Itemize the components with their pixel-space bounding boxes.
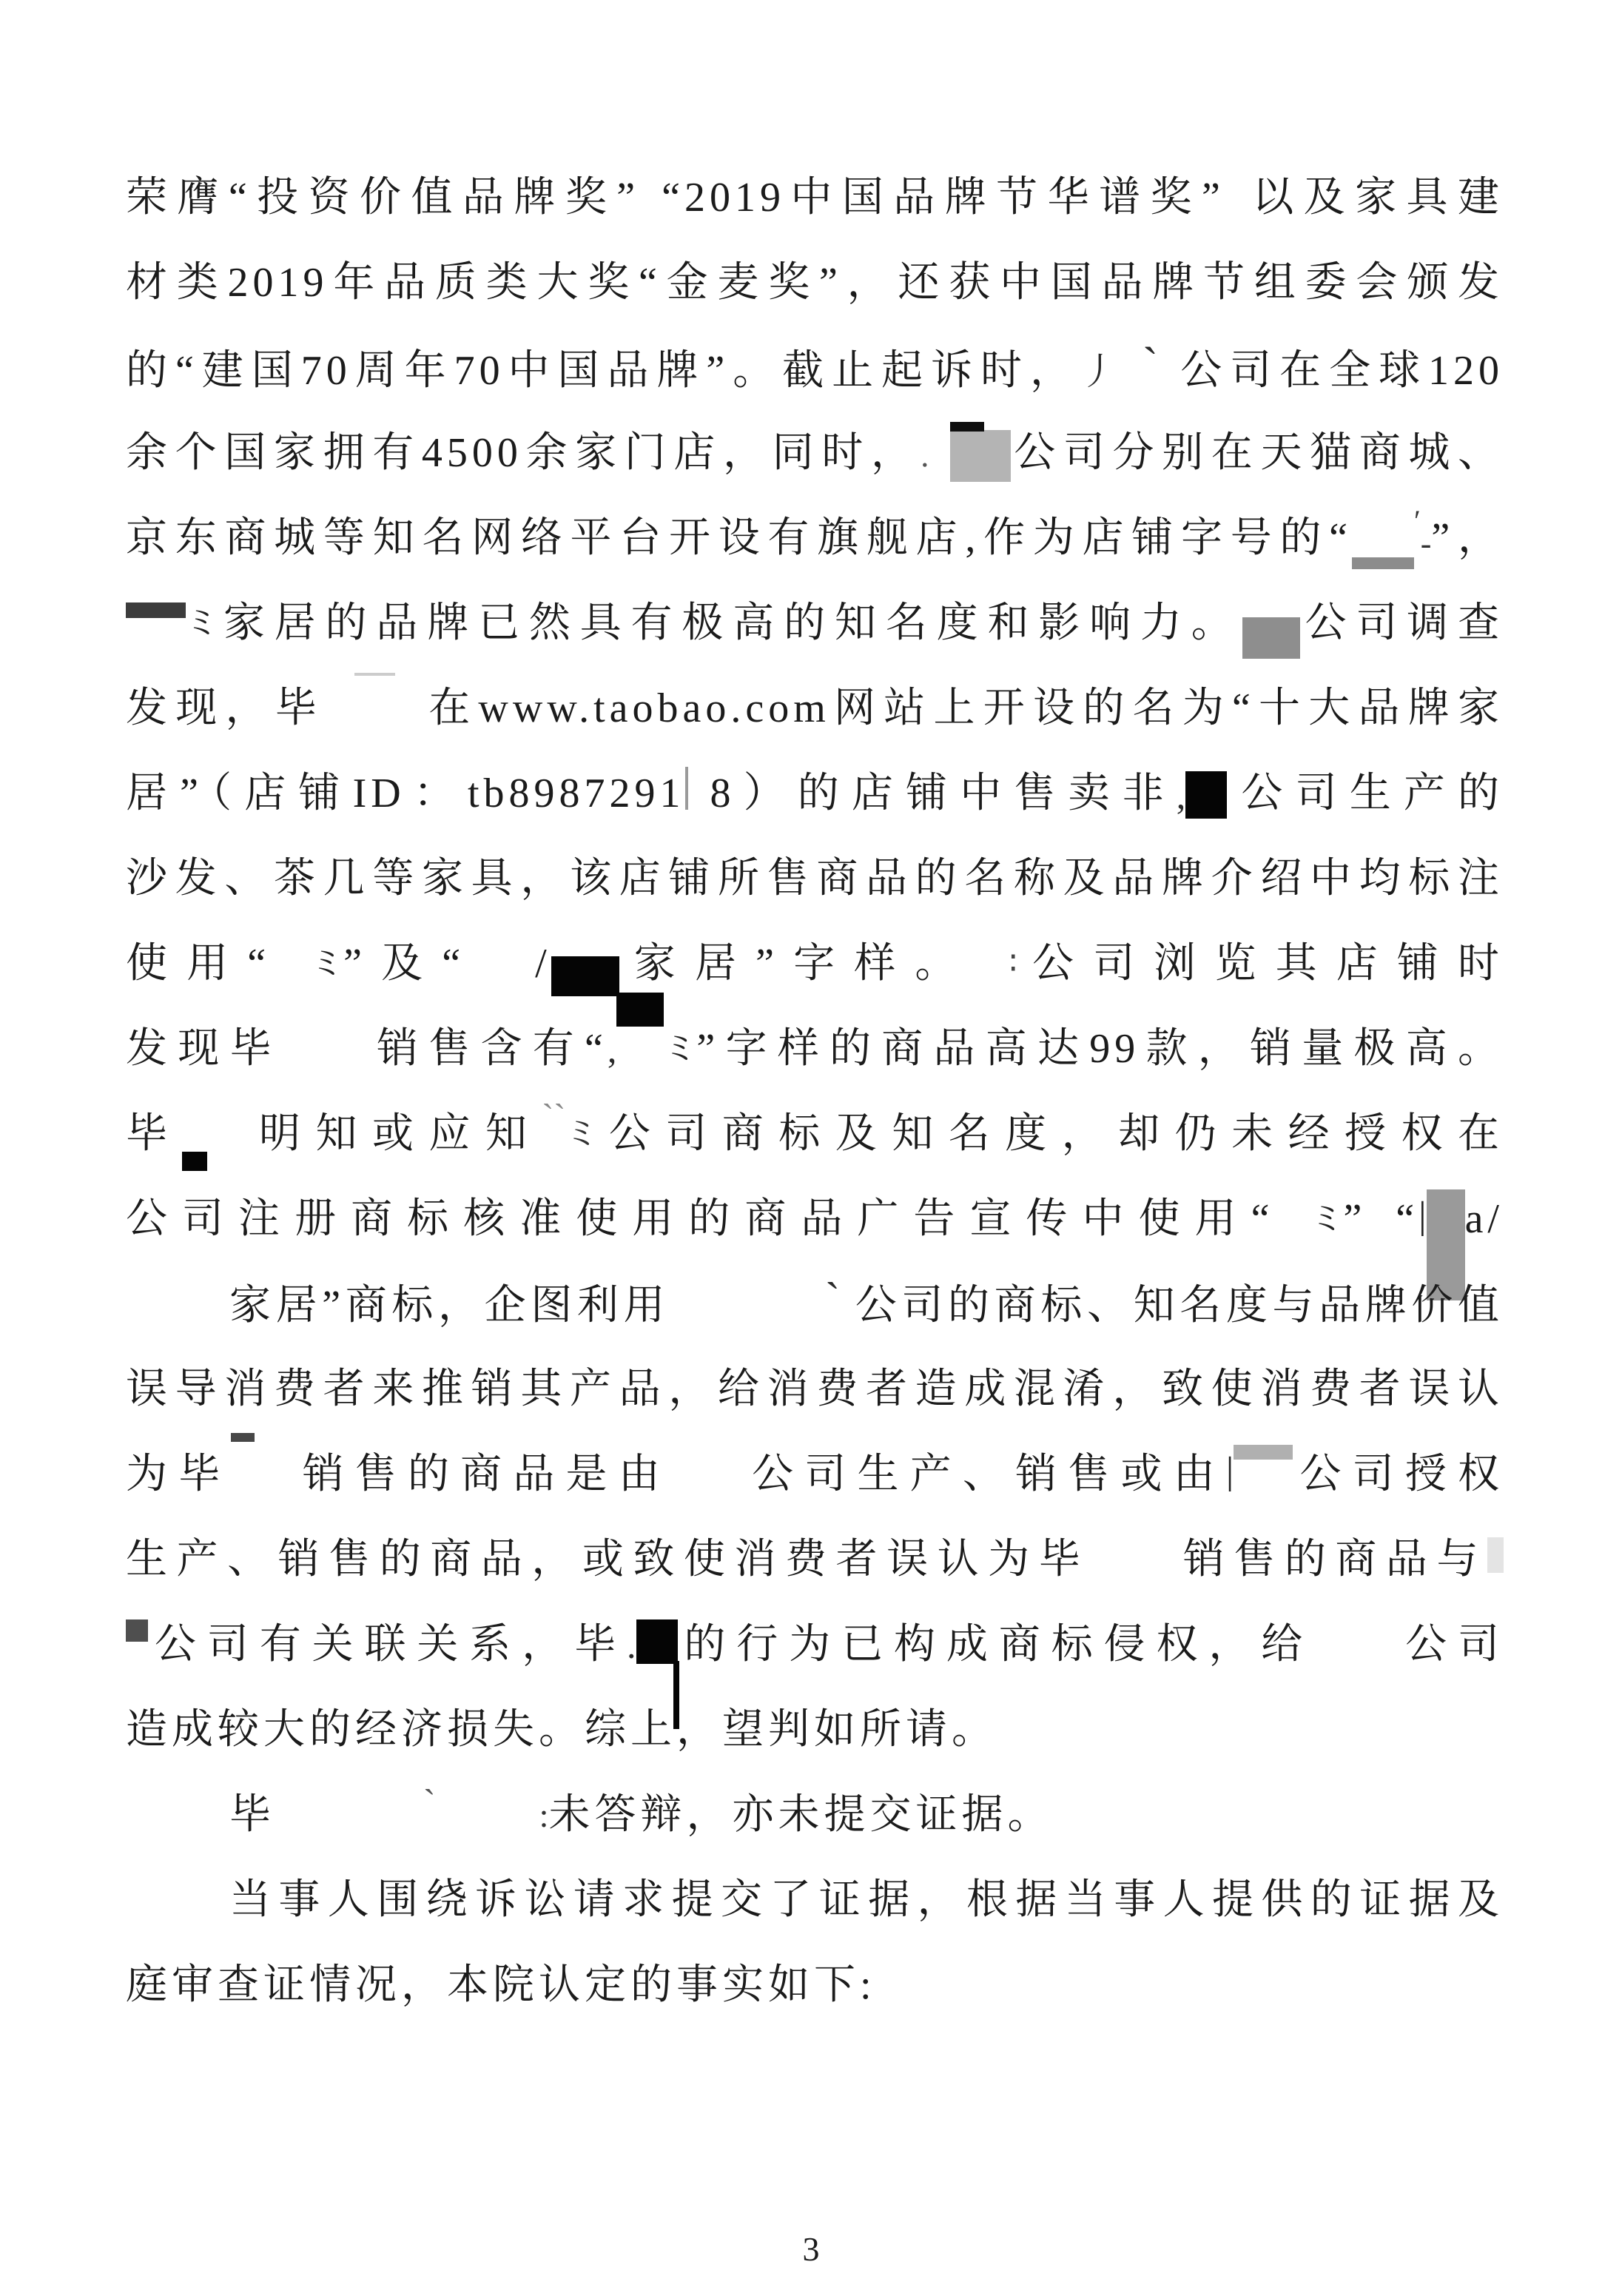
redaction-remnant: ミ: [565, 1091, 598, 1176]
redaction-gap: [275, 1827, 320, 1828]
redaction-remnant: `: [1143, 321, 1158, 406]
redaction-gap: [325, 720, 354, 722]
redaction-box: [126, 635, 186, 637]
text-run: ”字样的商品高达99款，销量极高。: [696, 1026, 1504, 1072]
text-run: 毕: [126, 1111, 182, 1157]
redaction-box: [551, 976, 619, 977]
text-line: 荣膺“投资价值品牌奖”“2019中国品牌节华谱奖”以及家具建: [126, 155, 1504, 241]
redaction-gap: [639, 209, 662, 211]
text-run: 的“建国70周年70中国品牌”。截止起诉时，: [126, 348, 1080, 394]
redaction-remnant: ．: [921, 414, 950, 499]
text-run: 发现，毕: [126, 685, 325, 731]
text-run: 公司生产、销售或由: [745, 1451, 1226, 1497]
text-line: 公司注册商标核准使用的商品广告宣传中使用“ミ”“|a/: [126, 1177, 1504, 1262]
text-line: 庭审查证情况，本院认定的事实如下:: [126, 1943, 1504, 2028]
redaction-gap: [671, 1486, 745, 1488]
text-run: 公司有关联关系，毕: [148, 1622, 627, 1668]
redaction-gap: [282, 1061, 371, 1062]
text-run: 余个国家拥有4500余家门店，同时，: [126, 430, 921, 476]
text-run: “2019中国品牌节华谱奖”: [662, 175, 1225, 221]
redaction-remnant: |: [1226, 1429, 1234, 1514]
text-line: 材类2019年品质类大奖“金麦奖”，还获中国品牌节组委会颁发: [126, 241, 1504, 326]
text-run: 荣膺“投资价值品牌奖”: [126, 175, 639, 221]
redaction-box: [1352, 550, 1414, 551]
redaction-box: [950, 465, 1011, 466]
text-line: 使用“ミ”及“/家居”字样。∶公司浏览其店铺时: [126, 922, 1504, 1007]
redaction-remnant: ``: [542, 1074, 565, 1159]
text-run: 毕: [229, 1792, 275, 1838]
text-line: 的“建国70周年70中国品牌”。截止起诉时，丿`公司在全球120: [126, 326, 1504, 411]
text-run: /: [535, 941, 551, 987]
redaction-box: [231, 1486, 255, 1488]
text-line: 生产、销售的商品，或致使消费者误认为毕销售的商品与: [126, 1517, 1504, 1602]
redaction-box: [1427, 1231, 1465, 1232]
redaction-box-part: [950, 422, 984, 432]
text-run: 居”（店铺ID：tb8987291: [126, 771, 685, 816]
redaction-remnant: |: [1419, 1173, 1426, 1258]
page-number: 3: [0, 2229, 1622, 2269]
text-run: 家居的品牌已然具有极高的知名度和影响力。: [218, 600, 1242, 646]
redaction-gap: [270, 976, 311, 977]
redaction-remnant: ∶: [1009, 921, 1017, 1006]
redaction-box: [616, 1061, 664, 1062]
text-run: 公司调查: [1300, 600, 1504, 646]
text-run: 生产、销售的商品，或致使消费者误认为毕: [126, 1537, 1089, 1582]
redaction-gap: [1273, 1231, 1310, 1232]
text-run: 公司生产的: [1233, 771, 1504, 816]
text-line: 发现，毕在www.taobao.com网站上开设的名为“十大品牌家: [126, 666, 1504, 751]
text-line: 发现毕销售含有“,ミ”字样的商品高达99款，销量极高。: [126, 1007, 1504, 1092]
redaction-remnant: -: [1421, 501, 1432, 586]
text-run: 公司商标及知名度，却仍未经授权在: [598, 1111, 1504, 1157]
text-line: 沙发、茶几等家具，该店铺所售商品的名称及品牌介绍中均标注: [126, 836, 1504, 922]
redaction-remnant: ミ: [311, 921, 343, 1006]
text-run: 使用“: [126, 941, 270, 987]
text-run: ”及“: [343, 941, 465, 987]
redaction-remnant: ミ: [186, 580, 218, 665]
text-line: 为毕销售的商品是由公司生产、销售或由|公司授权: [126, 1432, 1504, 1517]
text-run: 沙发、茶几等家具，该店铺所售商品的名称及品牌介绍中均标注: [126, 856, 1504, 902]
text-line: 公司有关联关系，毕.的行为已构成商标侵权，给公司: [126, 1602, 1504, 1688]
text-run: 销售含有“: [371, 1026, 608, 1072]
redaction-remnant: ミ: [664, 1006, 696, 1091]
redaction-gap: [840, 1317, 855, 1319]
redaction-gap: [395, 720, 425, 722]
redaction-gap: [1313, 1656, 1399, 1658]
text-line: 居”（店铺ID：tb89872918）的店铺中售卖非,公司生产的: [126, 751, 1504, 836]
text-run: 公司的商标、知名度与品牌价值: [855, 1283, 1504, 1329]
text-run: 公司分别在天猫商城、: [1011, 430, 1504, 476]
redaction-gap: [465, 976, 535, 977]
text-run: 未答辩，亦未提交证据。: [548, 1792, 1053, 1838]
redaction-gap: [688, 805, 710, 807]
text-run: 京东商城等知名网络平台开设有旗舰店,作为店铺字号的“: [126, 515, 1352, 561]
redaction-gap: [1089, 1571, 1178, 1573]
text-run: 在www.taobao.com网站上开设的名为“十大品牌家: [425, 685, 1504, 731]
text-line: 误导消费者来推销其产品，给消费者造成混淆，致使消费者误认: [126, 1347, 1504, 1432]
document-page: 荣膺“投资价值品牌奖”“2019中国品牌节华谱奖”以及家具建材类2019年品质类…: [0, 0, 1622, 2296]
text-run: 的行为已构成商标侵权，给: [678, 1622, 1314, 1668]
text-column: 荣膺“投资价值品牌奖”“2019中国品牌节华谱奖”以及家具建材类2019年品质类…: [126, 155, 1504, 2028]
redaction-box: [1487, 1571, 1504, 1573]
redaction-gap: [1366, 1231, 1396, 1232]
redaction-remnant: .: [627, 1603, 636, 1688]
redaction-remnant: :: [436, 1773, 549, 1858]
text-run: 当事人围绕诉讼请求提交了证据，根据当事人提供的证据及: [229, 1877, 1504, 1923]
text-run: ”，: [1431, 515, 1504, 561]
text-line: 余个国家拥有4500余家门店，同时，．公司分别在天猫商城、: [126, 411, 1504, 496]
text-run: 家居”商标，企图利用: [229, 1283, 670, 1329]
text-line: 毕`:未答辩，亦未提交证据。: [126, 1773, 1504, 1858]
redaction-gap: [975, 976, 1009, 977]
text-line: 当事人围绕诉讼请求提交了证据，根据当事人提供的证据及: [126, 1858, 1504, 1943]
text-run: 家居”字样。: [619, 941, 976, 987]
text-run: 为毕: [126, 1451, 231, 1497]
redaction-gap: [1225, 209, 1247, 211]
redaction-remnant: `: [320, 1760, 436, 1845]
redaction-gap: [255, 1486, 295, 1488]
text-run: “: [1396, 1196, 1419, 1242]
text-line: ミ家居的品牌已然具有极高的知名度和影响力。公司调查: [126, 581, 1504, 666]
redaction-remnant: ,: [1177, 753, 1186, 839]
redaction-box: [182, 1146, 207, 1147]
redaction-remnant: 丿: [1080, 329, 1117, 414]
text-line: 京东商城等知名网络平台开设有旗舰店,作为店铺字号的“′-”，: [126, 496, 1504, 581]
text-line: 毕明知或应知``ミ公司商标及知名度，却仍未经授权在: [126, 1092, 1504, 1177]
redaction-box: [1185, 805, 1227, 807]
redaction-gap: [670, 1317, 721, 1319]
text-run: ”: [1343, 1196, 1366, 1242]
text-run: 发现毕: [126, 1026, 282, 1072]
redaction-box: [1242, 635, 1300, 637]
text-run: 误导消费者来推销其产品，给消费者造成混淆，致使消费者误认: [126, 1366, 1504, 1412]
text-run: 明知或应知: [248, 1111, 542, 1157]
text-run: 公司注册商标核准使用的商品广告宣传中使用“: [126, 1196, 1273, 1242]
text-run: 公司在全球120: [1177, 348, 1504, 394]
redaction-gap: [1117, 383, 1143, 384]
redaction-box: [126, 1656, 148, 1658]
text-run: 以及家具建: [1247, 175, 1504, 221]
redaction-box: [636, 1656, 678, 1658]
text-run: 8）的店铺中售卖非: [710, 771, 1177, 816]
text-run: a/: [1465, 1196, 1504, 1242]
redaction-box: [354, 720, 395, 722]
redaction-gap: [1158, 383, 1177, 384]
text-run: 庭审查证情况，本院认定的事实如下:: [126, 1962, 876, 2008]
redaction-box: [685, 805, 688, 807]
redaction-box: [1234, 1486, 1293, 1488]
text-run: 材类2019年品质类大奖“金麦奖”，还获中国品牌节组委会颁发: [126, 260, 1504, 306]
text-line: 家居”商标，企图利用`公司的商标、知名度与品牌价值: [126, 1262, 1504, 1347]
redaction-remnant: ミ: [1310, 1176, 1343, 1261]
redaction-gap: [207, 1146, 248, 1147]
text-run: 公司浏览其店铺时: [1017, 941, 1504, 987]
text-run: 销售的商品与: [1178, 1537, 1487, 1582]
redaction-remnant: ,: [608, 1007, 617, 1092]
text-run: 公司: [1399, 1622, 1504, 1668]
text-run: 造成较大的经济损失。综上，望判如所请。: [126, 1707, 997, 1753]
text-run: 销售的商品是由: [295, 1451, 671, 1497]
redaction-remnant: `: [721, 1256, 840, 1341]
text-run: 公司授权: [1293, 1451, 1504, 1497]
redaction-remnant: ′: [1414, 478, 1421, 563]
